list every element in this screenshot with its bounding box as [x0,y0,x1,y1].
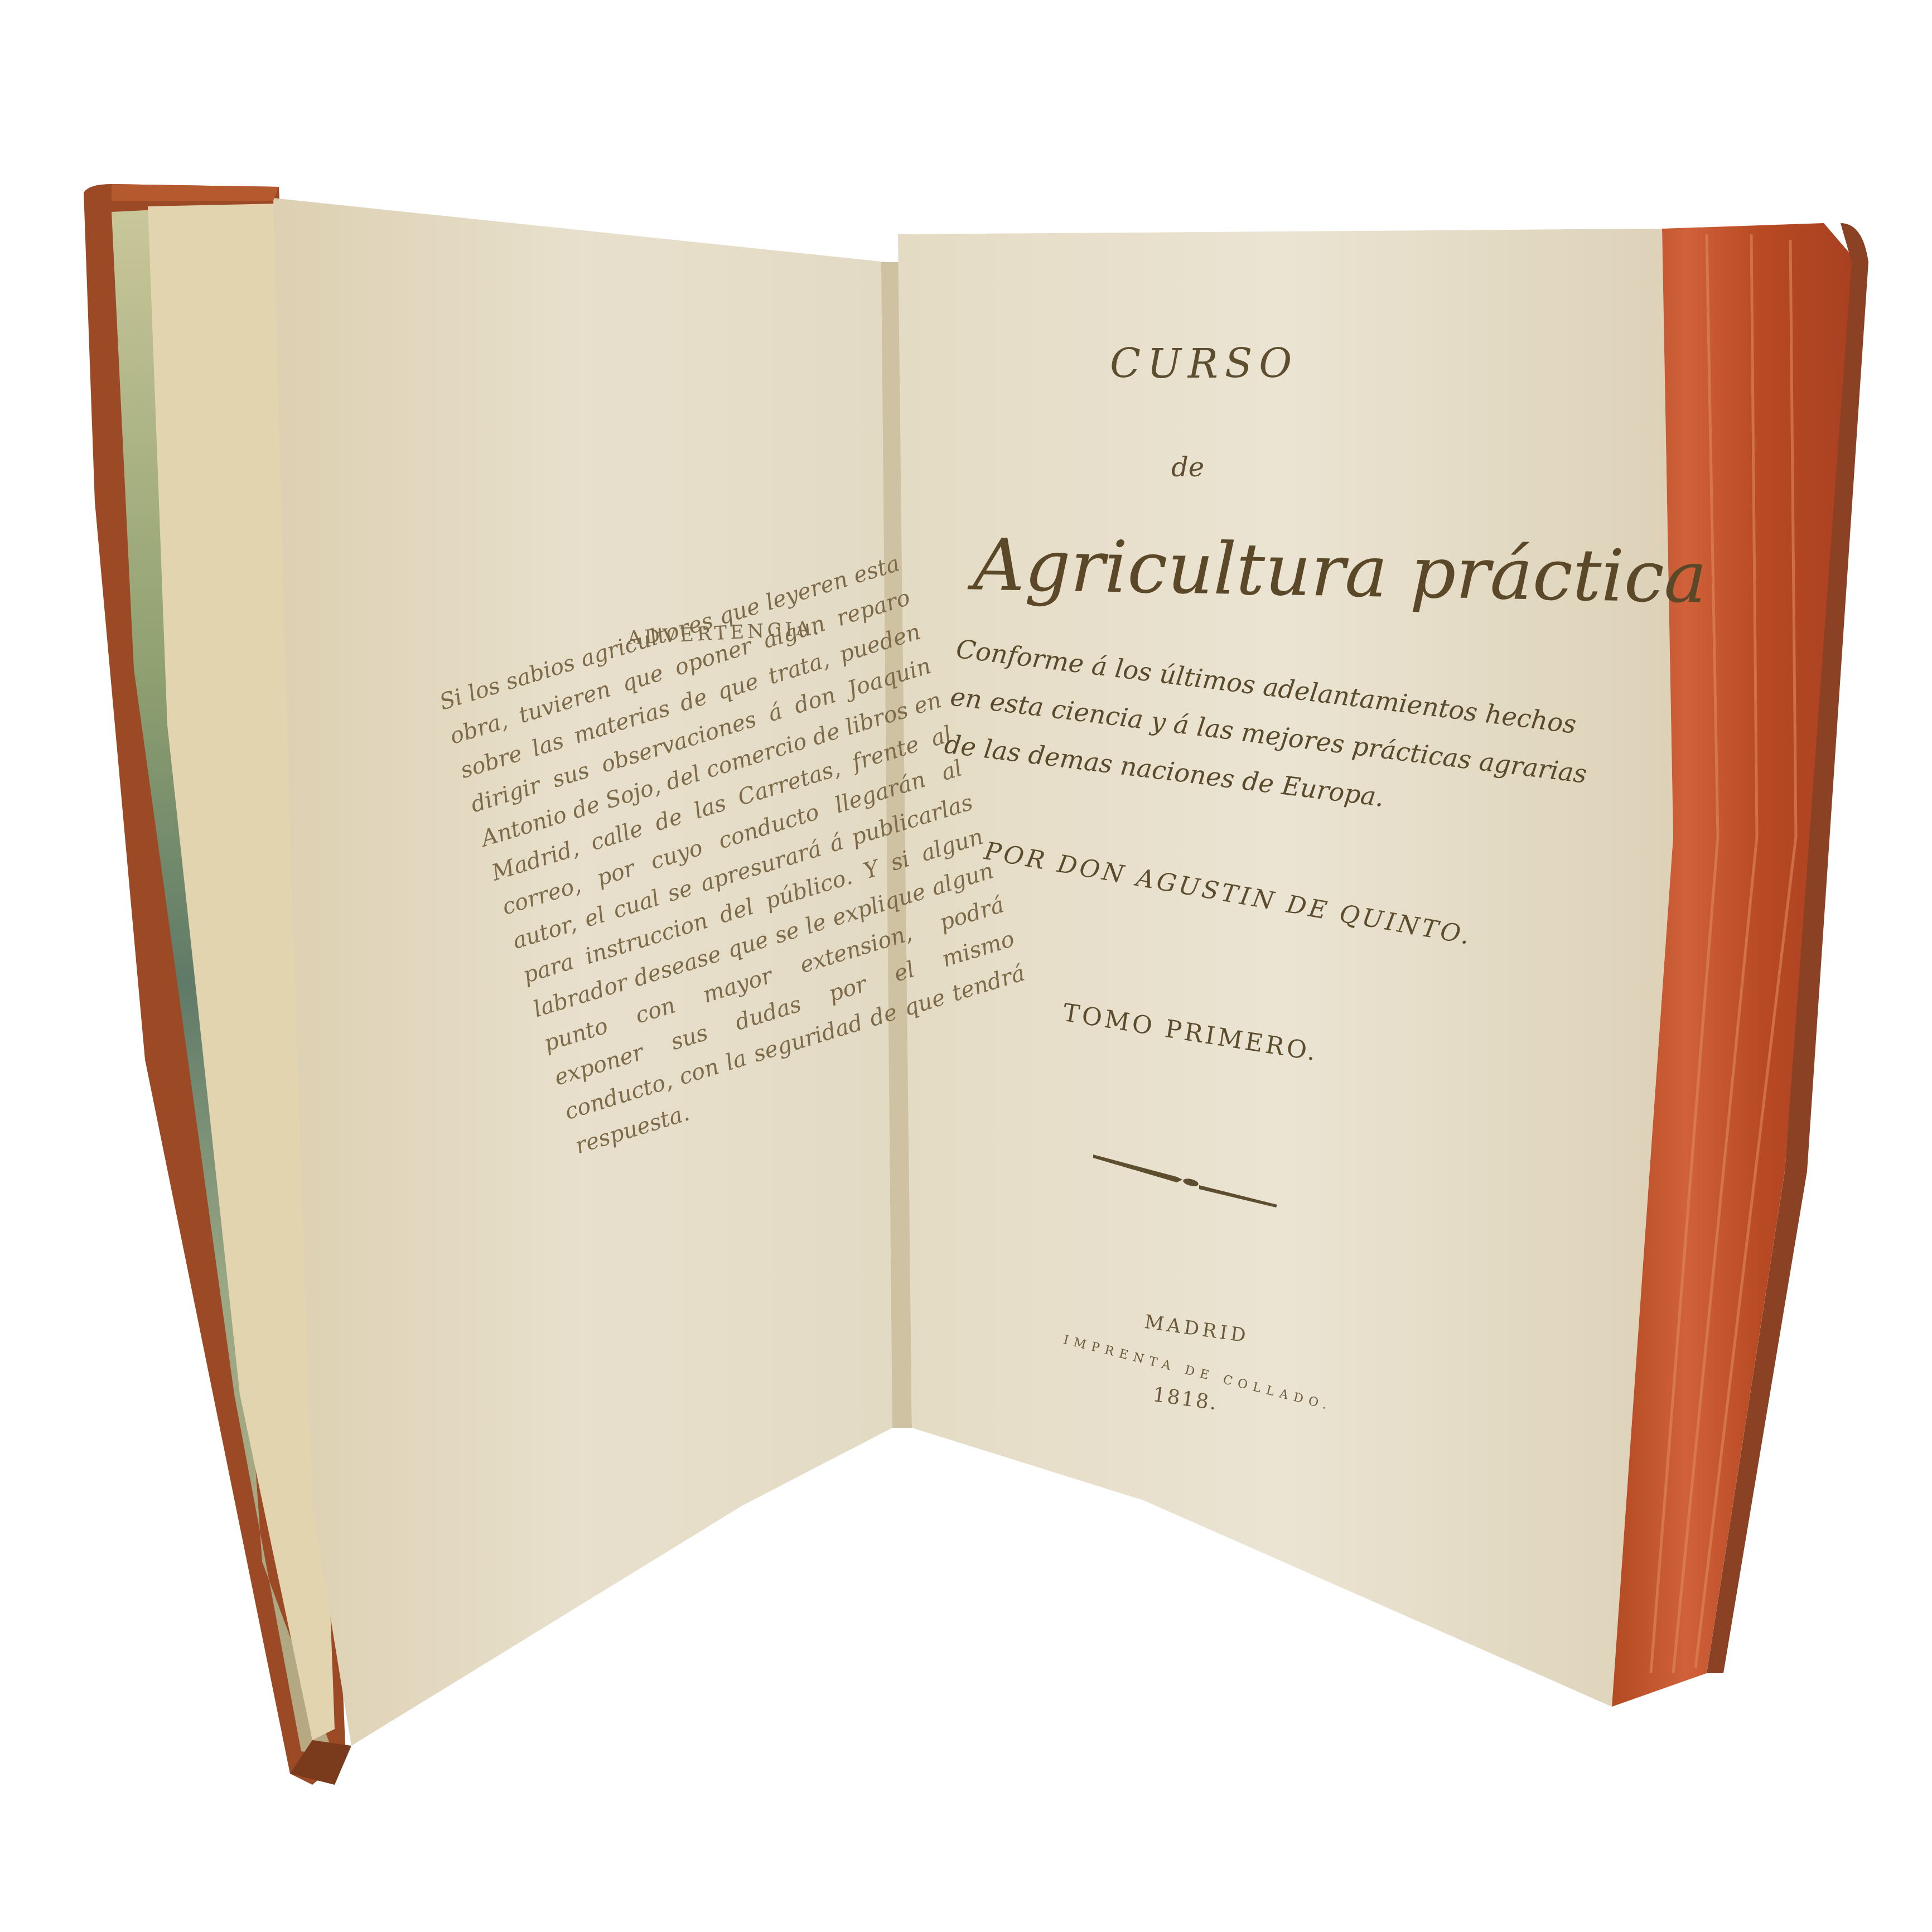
title-curso: CURSO [1110,340,1298,387]
title-main: Agricultura práctica [973,524,1708,620]
book-photo: ADVERTENCIA. Si los sabios agricultores … [0,0,1932,1932]
title-de: de [1171,452,1204,483]
top-binding-edge [112,184,279,201]
